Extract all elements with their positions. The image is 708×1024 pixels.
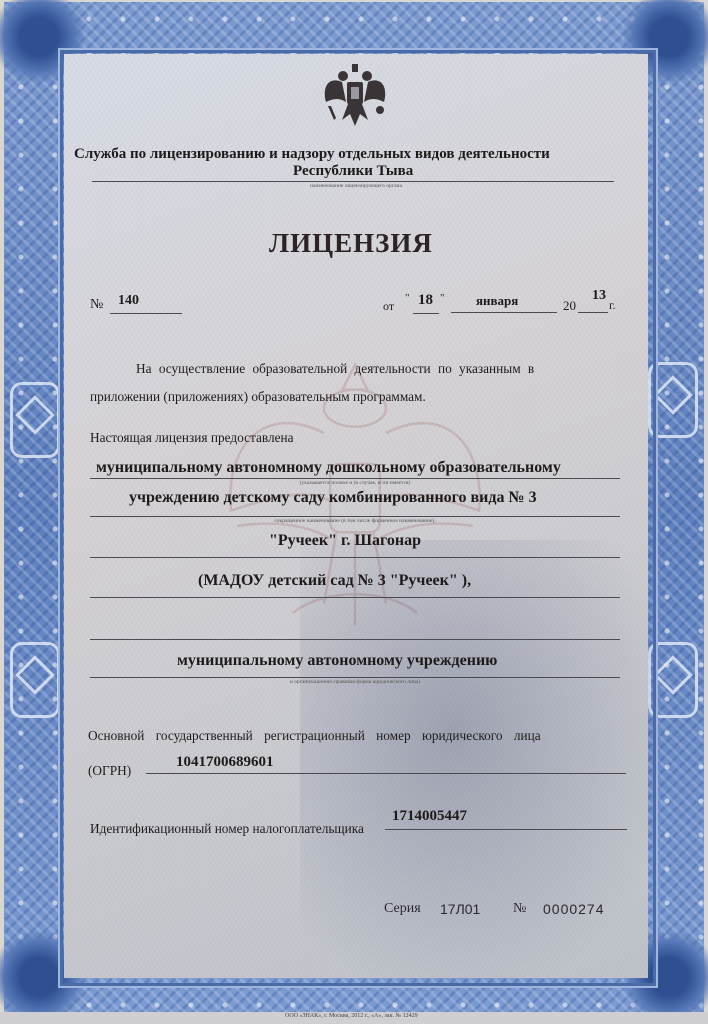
licensee-caption2: сокращенное наименование (в том числе фи…: [274, 518, 435, 524]
licensee-caption1: (указывается полное и (в случае, если им…: [300, 480, 411, 486]
authority-underline: [92, 181, 614, 182]
date-quote-close: ": [440, 292, 445, 304]
endless-knot-icon: [10, 642, 60, 718]
ogrn-label-line1: Основной государственный регистрационный…: [88, 728, 541, 744]
coat-of-arms-icon: [320, 62, 390, 128]
authority-caption: наименование лицензирующего органа: [310, 183, 402, 189]
authority-name-line1: Служба по лицензированию и надзору отдел…: [74, 146, 550, 163]
licensee-underline2: [90, 516, 620, 517]
ogrn-value: 1041700689601: [176, 754, 274, 771]
legal-form: муниципальному автономному учреждению: [177, 652, 497, 670]
purpose-line2: приложении (приложениях) образовательным…: [90, 389, 426, 405]
date-year-label: г.: [609, 298, 616, 313]
license-title: ЛИЦЕНЗИЯ: [269, 228, 433, 259]
endless-knot-icon: [10, 382, 60, 458]
date-day: 18: [418, 292, 433, 309]
series-label: Серия: [384, 901, 421, 917]
licensee-line1: муниципальному автономному дошкольному о…: [96, 459, 561, 477]
inn-label: Идентификационный номер налогоплательщик…: [90, 821, 364, 837]
number-label: №: [90, 297, 103, 313]
licensee-underline3: [90, 557, 620, 558]
ogrn-label-line2: (ОГРН): [88, 763, 131, 779]
printer-imprint: ООО «ЗНАК», г. Москва, 2012 г., «А», зак…: [285, 1013, 418, 1019]
series-value: 17Л01: [440, 901, 480, 917]
date-month: января: [476, 293, 518, 309]
number-underline: [110, 313, 182, 314]
licensee-underline1: [90, 478, 620, 479]
purpose-line1: На осуществление образовательной деятель…: [136, 361, 534, 377]
month-underline: [451, 312, 557, 313]
granted-to-label: Настоящая лицензия предоставлена: [90, 430, 294, 446]
serial-number-label: №: [513, 901, 526, 917]
date-year-suffix: 13: [592, 288, 606, 304]
licensee-line2: учреждению детскому саду комбинированног…: [129, 489, 537, 507]
date-year-prefix: 20: [563, 298, 576, 314]
licensee-line3: "Ручеек" г. Шагонар: [269, 532, 421, 550]
legal-form-caption: и организационно-правовая форма юридичес…: [290, 679, 420, 685]
licensee-underline5: [90, 639, 620, 640]
licensee-line4: (МАДОУ детский сад № 3 "Ручеек" ),: [198, 572, 471, 590]
date-from-label: от: [383, 299, 394, 314]
legal-form-underline: [90, 677, 620, 678]
authority-name-line2: Республики Тыва: [293, 163, 413, 180]
year-underline: [578, 312, 608, 313]
ogrn-underline: [146, 773, 626, 774]
day-underline: [413, 313, 439, 314]
date-quote-open: ": [405, 292, 410, 304]
inn-underline: [385, 829, 627, 830]
serial-number-value: 0000274: [543, 901, 605, 917]
inn-value: 1714005447: [392, 808, 467, 825]
license-number: 140: [118, 293, 139, 309]
licensee-underline4: [90, 597, 620, 598]
